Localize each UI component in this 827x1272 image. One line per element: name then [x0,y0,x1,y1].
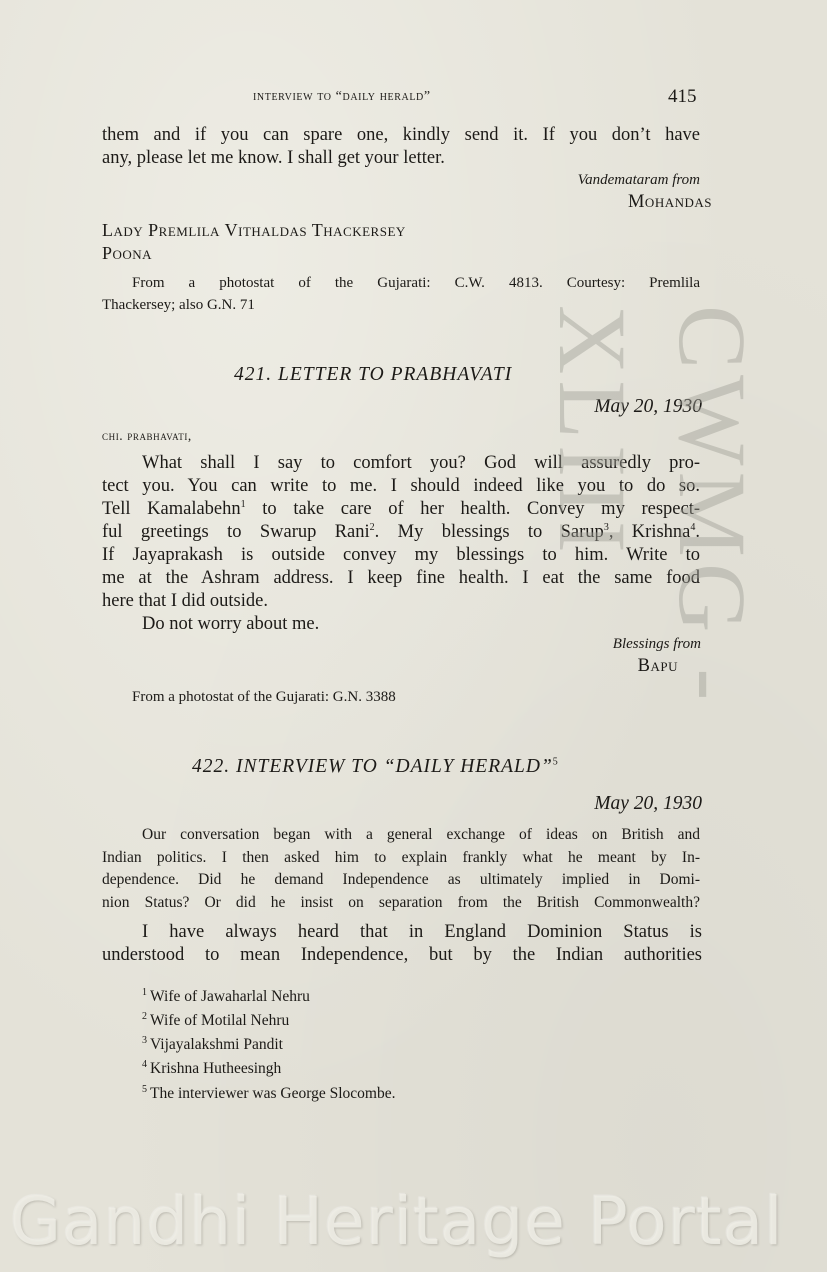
running-head-title: INTERVIEW TO “DAILY HERALD” [253,89,431,105]
continued-letter-body: them and if you can spare one, kindly se… [102,124,700,170]
addressee-place: Poona [102,243,152,264]
text-line: nion Status? Or did he insist on separat… [102,892,700,915]
footnote: 3Vijayalakshmi Pandit [142,1031,395,1055]
footnote: 5The interviewer was George Slocombe. [142,1080,395,1104]
text-fragment: Tell Kamalabehn [102,499,241,519]
text-line: understood to mean Independence, but by … [102,944,702,967]
closing-vandemataram: Vandemataram from [420,172,700,189]
footnote-number: 4 [142,1059,147,1070]
interview-body: I have always heard that in England Domi… [102,921,702,967]
text-line: Do not worry about me. [102,613,700,636]
footnote-number: 3 [142,1035,147,1046]
footnote-text: Krishna Hutheesingh [150,1061,281,1078]
text-line: Our conversation began with a general ex… [102,824,700,847]
section-heading-422: 422. INTERVIEW TO “DAILY HERALD”5 [192,756,559,778]
footnote: 1Wife of Jawaharlal Nehru [142,983,395,1007]
text-line: I have always heard that in England Domi… [102,921,702,944]
interview-intro: Our conversation began with a general ex… [102,824,700,914]
source-note-gn3388: From a photostat of the Gujarati: G.N. 3… [132,686,396,708]
salutation: CHI. PRABHAVATI, [102,428,192,444]
text-line: here that I did outside. [102,590,700,613]
book-page: INTERVIEW TO “DAILY HERALD” 415 them and… [0,0,827,1272]
signature-mohandas: Mohandas [420,192,712,213]
heading-text: 422. INTERVIEW TO “DAILY HERALD” [192,756,553,777]
footnote-text: Vijayalakshmi Pandit [150,1036,283,1053]
signature-bapu: Bapu [420,656,678,677]
footnote-text: Wife of Jawaharlal Nehru [150,988,310,1005]
text-line: them and if you can spare one, kindly se… [102,124,700,147]
page-number: 415 [668,86,697,108]
watermark-gandhi-heritage-portal: Gandhi Heritage Portal [10,1183,784,1260]
source-line: From a photostat of the Gujarati: C.W. 4… [102,272,700,294]
text-line: dependence. Did he demand Independence a… [102,869,700,892]
text-line: me at the Ashram address. I keep fine he… [102,567,700,590]
footnote-number: 1 [142,987,147,998]
footnote-number: 5 [142,1084,147,1095]
footnotes: 1Wife of Jawaharlal Nehru 2Wife of Motil… [142,983,395,1104]
footnote-text: The interviewer was George Slocombe. [150,1085,395,1102]
footnote-ref: 5 [553,757,559,768]
footnote-number: 2 [142,1011,147,1022]
footnote-text: Wife of Motilal Nehru [150,1012,289,1029]
watermark-cwmg-volume: CWMG - XLIII [652,305,772,975]
text-line: Indian politics. I then asked him to exp… [102,847,700,870]
section-heading-421: 421. LETTER TO PRABHAVATI [234,364,512,386]
text-fragment: ful greetings to Swarup Rani [102,522,370,542]
footnote: 2Wife of Motilal Nehru [142,1007,395,1031]
footnote: 4Krishna Hutheesingh [142,1055,395,1079]
text-line: any, please let me know. I shall get you… [102,147,700,170]
addressee-name: Lady Premlila Vithaldas Thackersey [102,220,406,241]
